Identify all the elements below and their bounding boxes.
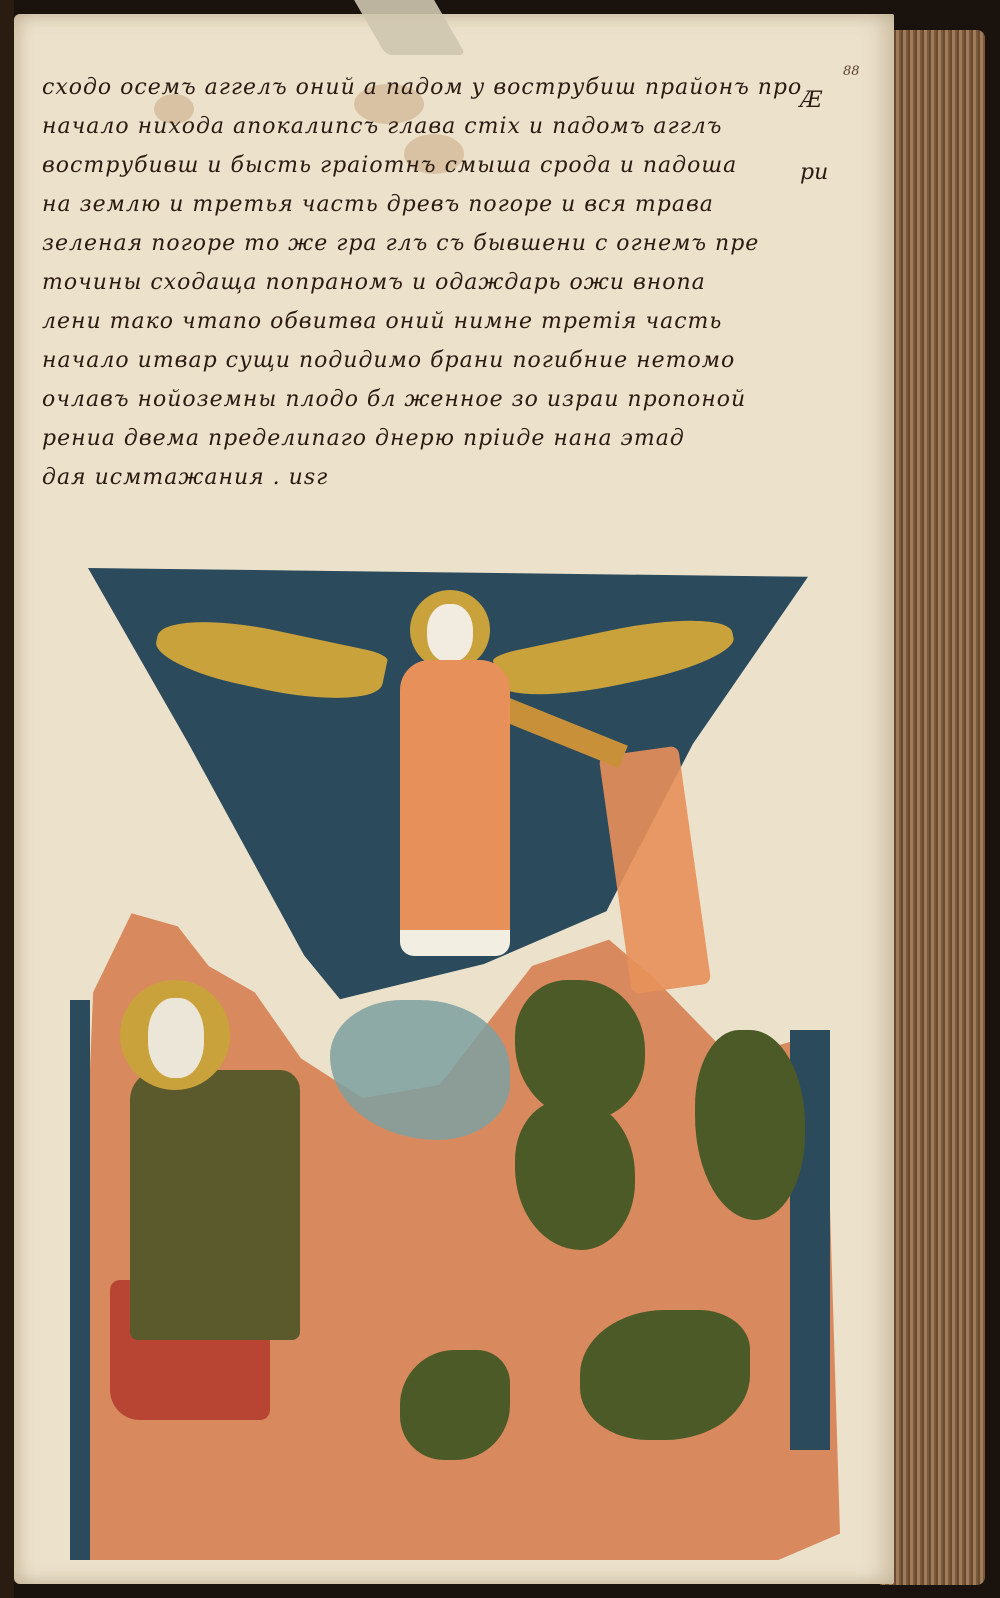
text-line: вострубивш и бысть граiотнъ смыша срода … <box>42 146 802 185</box>
book-spine <box>0 0 14 1598</box>
saint-figure <box>120 980 330 1480</box>
text-line: точины сходаща попраномъ и одаждарь ожи … <box>42 263 802 302</box>
text-line: лени тако чтапо обвитва оний нимне третi… <box>42 302 802 341</box>
text-line: зеленая погоре то же гра глъ съ бывшени … <box>42 224 802 263</box>
angel-robe <box>400 660 510 950</box>
angel-face <box>427 604 473 662</box>
miniature-illustration <box>70 560 840 1560</box>
text-line: очлавъ нойоземны плодо бл женное зо изра… <box>42 380 802 419</box>
bird <box>400 1350 510 1460</box>
saint-face <box>148 998 204 1078</box>
margin-note: Ӕ <box>800 88 822 113</box>
saint-green-robe <box>130 1070 300 1340</box>
robe-hem <box>400 930 510 956</box>
text-line: дая исмтажания . иѕг <box>42 458 802 497</box>
blue-border <box>70 1000 90 1560</box>
manuscript-text: сходо осемъ аггелъ оний а падом у востру… <box>42 68 802 497</box>
text-line: рениа двема пределипаго днерю прiиде нан… <box>42 419 802 458</box>
text-line: начало нихода апокалипсъ глава стiх и па… <box>42 107 802 146</box>
text-line: на землю и третья часть древъ погоре и в… <box>42 185 802 224</box>
text-line: начало итвар сущи подидимо брани погибни… <box>42 341 802 380</box>
folio-number: 88 <box>843 64 860 79</box>
bird <box>580 1310 750 1440</box>
margin-note: ри <box>800 160 828 185</box>
page-edges <box>880 30 985 1585</box>
angel-figure <box>355 590 585 1010</box>
text-line: сходо осемъ аггелъ оний а падом у востру… <box>42 68 802 107</box>
